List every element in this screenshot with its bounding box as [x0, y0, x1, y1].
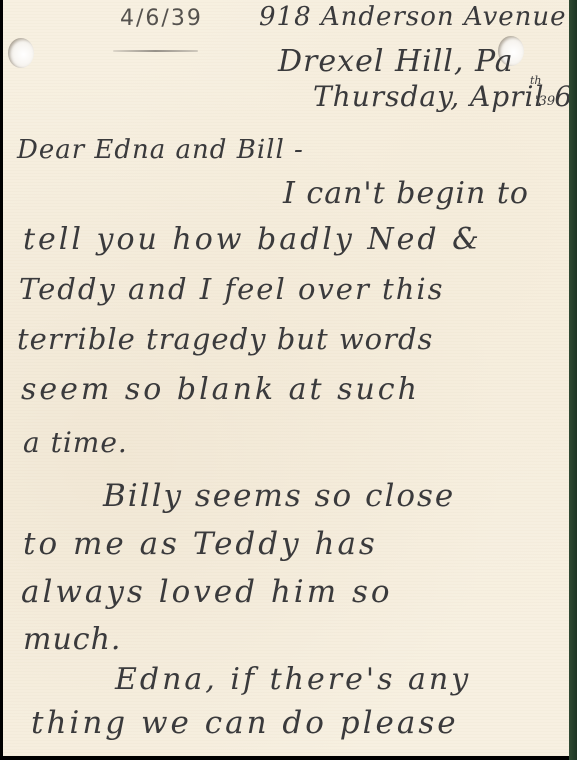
salutation: Dear Edna and Bill - [17, 135, 304, 165]
scanned-letter-frame: 4/6/39 918 Anderson Avenue Drexel Hill, … [0, 0, 577, 760]
body-line-3: Teddy and I feel over this [19, 272, 445, 306]
date-year: '39 [535, 94, 555, 109]
body-line-4: terrible tragedy but words [17, 322, 433, 356]
letter-page: 4/6/39 918 Anderson Avenue Drexel Hill, … [3, 0, 569, 756]
binder-edge [569, 0, 577, 760]
body-line-2: tell you how badly Ned & [23, 222, 482, 257]
body-line-5: seem so blank at such [21, 372, 420, 407]
body-line-7: Billy seems so close [103, 478, 455, 514]
archive-date-underline [113, 50, 198, 52]
archive-date: 4/6/39 [120, 6, 203, 31]
body-line-10: much. [23, 622, 121, 657]
date-superscript: th [530, 74, 542, 87]
body-line-6: a time. [23, 426, 128, 459]
body-line-8: to me as Teddy has [23, 526, 378, 562]
punch-hole-left [8, 38, 34, 68]
address-line-1: 918 Anderson Avenue [259, 2, 567, 32]
body-line-9: always loved him so [21, 574, 393, 610]
body-line-11: Edna, if there's any [115, 662, 471, 697]
address-line-2: Drexel Hill, Pa [278, 44, 514, 79]
body-line-1: I can't begin to [283, 176, 529, 211]
body-line-12: thing we can do please [31, 705, 459, 741]
